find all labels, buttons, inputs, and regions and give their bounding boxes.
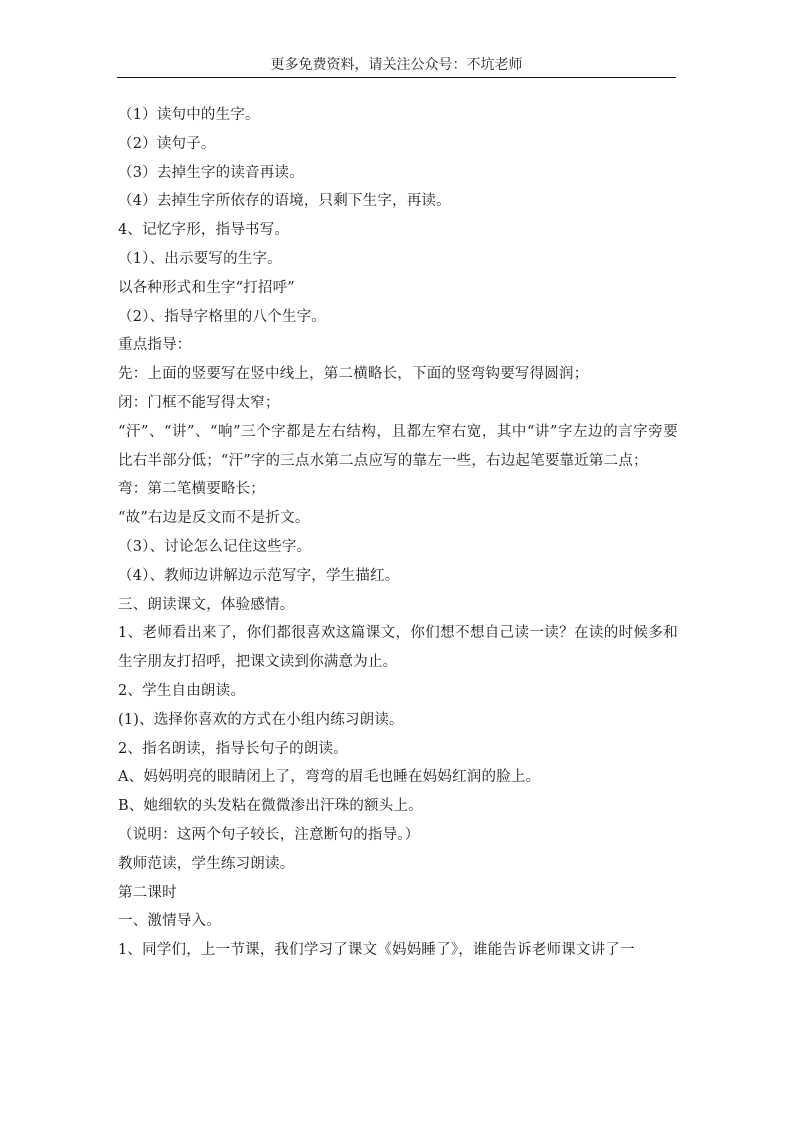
text-line: （4）去掉生字所依存的语境，只剩下生字，再读。: [118, 187, 678, 216]
text-line: 2、学生自由朗读。: [118, 677, 678, 706]
text-line: （说明：这两个句子较长，注意断句的指导。）: [118, 821, 678, 850]
document-body: （1）读句中的生字。 （2）读句子。 （3）去掉生字的读音再读。 （4）去掉生字…: [118, 101, 678, 965]
section-heading: 4、记忆字形，指导书写。: [118, 216, 678, 245]
text-line: 弯：第二笔横要略长；: [118, 475, 678, 504]
section-heading: 一、激情导入。: [118, 907, 678, 936]
text-line: 教师范读，学生练习朗读。: [118, 850, 678, 879]
lesson-heading: 第二课时: [118, 879, 678, 908]
paragraph: 1、老师看出来了，你们都很喜欢这篇课文，你们想不想自己读一读？在读的时候多和生字…: [118, 619, 678, 677]
text-line: 先：上面的竖要写在竖中线上，第二横略长，下面的竖弯钩要写得圆润；: [118, 360, 678, 389]
text-line: （4）、教师边讲解边示范写字，学生描红。: [118, 562, 678, 591]
text-line: 1、同学们，上一节课，我们学习了课文《妈妈睡了》，谁能告诉老师课文讲了一: [118, 936, 678, 965]
text-line: 重点指导：: [118, 331, 678, 360]
text-line: （3）去掉生字的读音再读。: [118, 159, 678, 188]
paragraph: “汗”、“讲”、“响”三个字都是左右结构，且都左窄右宽，其中“讲”字左边的言字旁…: [118, 418, 678, 476]
text-line: （1）读句中的生字。: [118, 101, 678, 130]
header-divider: [117, 77, 676, 78]
text-line: (1)、选择你喜欢的方式在小组内练习朗读。: [118, 706, 678, 735]
text-line: （2）、指导字格里的八个生字。: [118, 303, 678, 332]
text-line: 闭：门框不能写得太窄；: [118, 389, 678, 418]
text-line: A、妈妈明亮的眼睛闭上了，弯弯的眉毛也睡在妈妈红润的脸上。: [118, 763, 678, 792]
text-line: （3）、讨论怎么记住这些字。: [118, 533, 678, 562]
section-heading: 三、朗读课文，体验感情。: [118, 591, 678, 620]
text-line: 以各种形式和生字“打招呼”: [118, 274, 678, 303]
text-line: “故”右边是反文而不是折文。: [118, 504, 678, 533]
text-line: 2、指名朗读，指导长句子的朗读。: [118, 735, 678, 764]
text-line: （2）读句子。: [118, 130, 678, 159]
text-line: B、她细软的头发粘在微微渗出汗珠的额头上。: [118, 792, 678, 821]
text-line: （1）、出示要写的生字。: [118, 245, 678, 274]
page-header: 更多免费资料，请关注公众号：不坑老师: [117, 56, 676, 74]
